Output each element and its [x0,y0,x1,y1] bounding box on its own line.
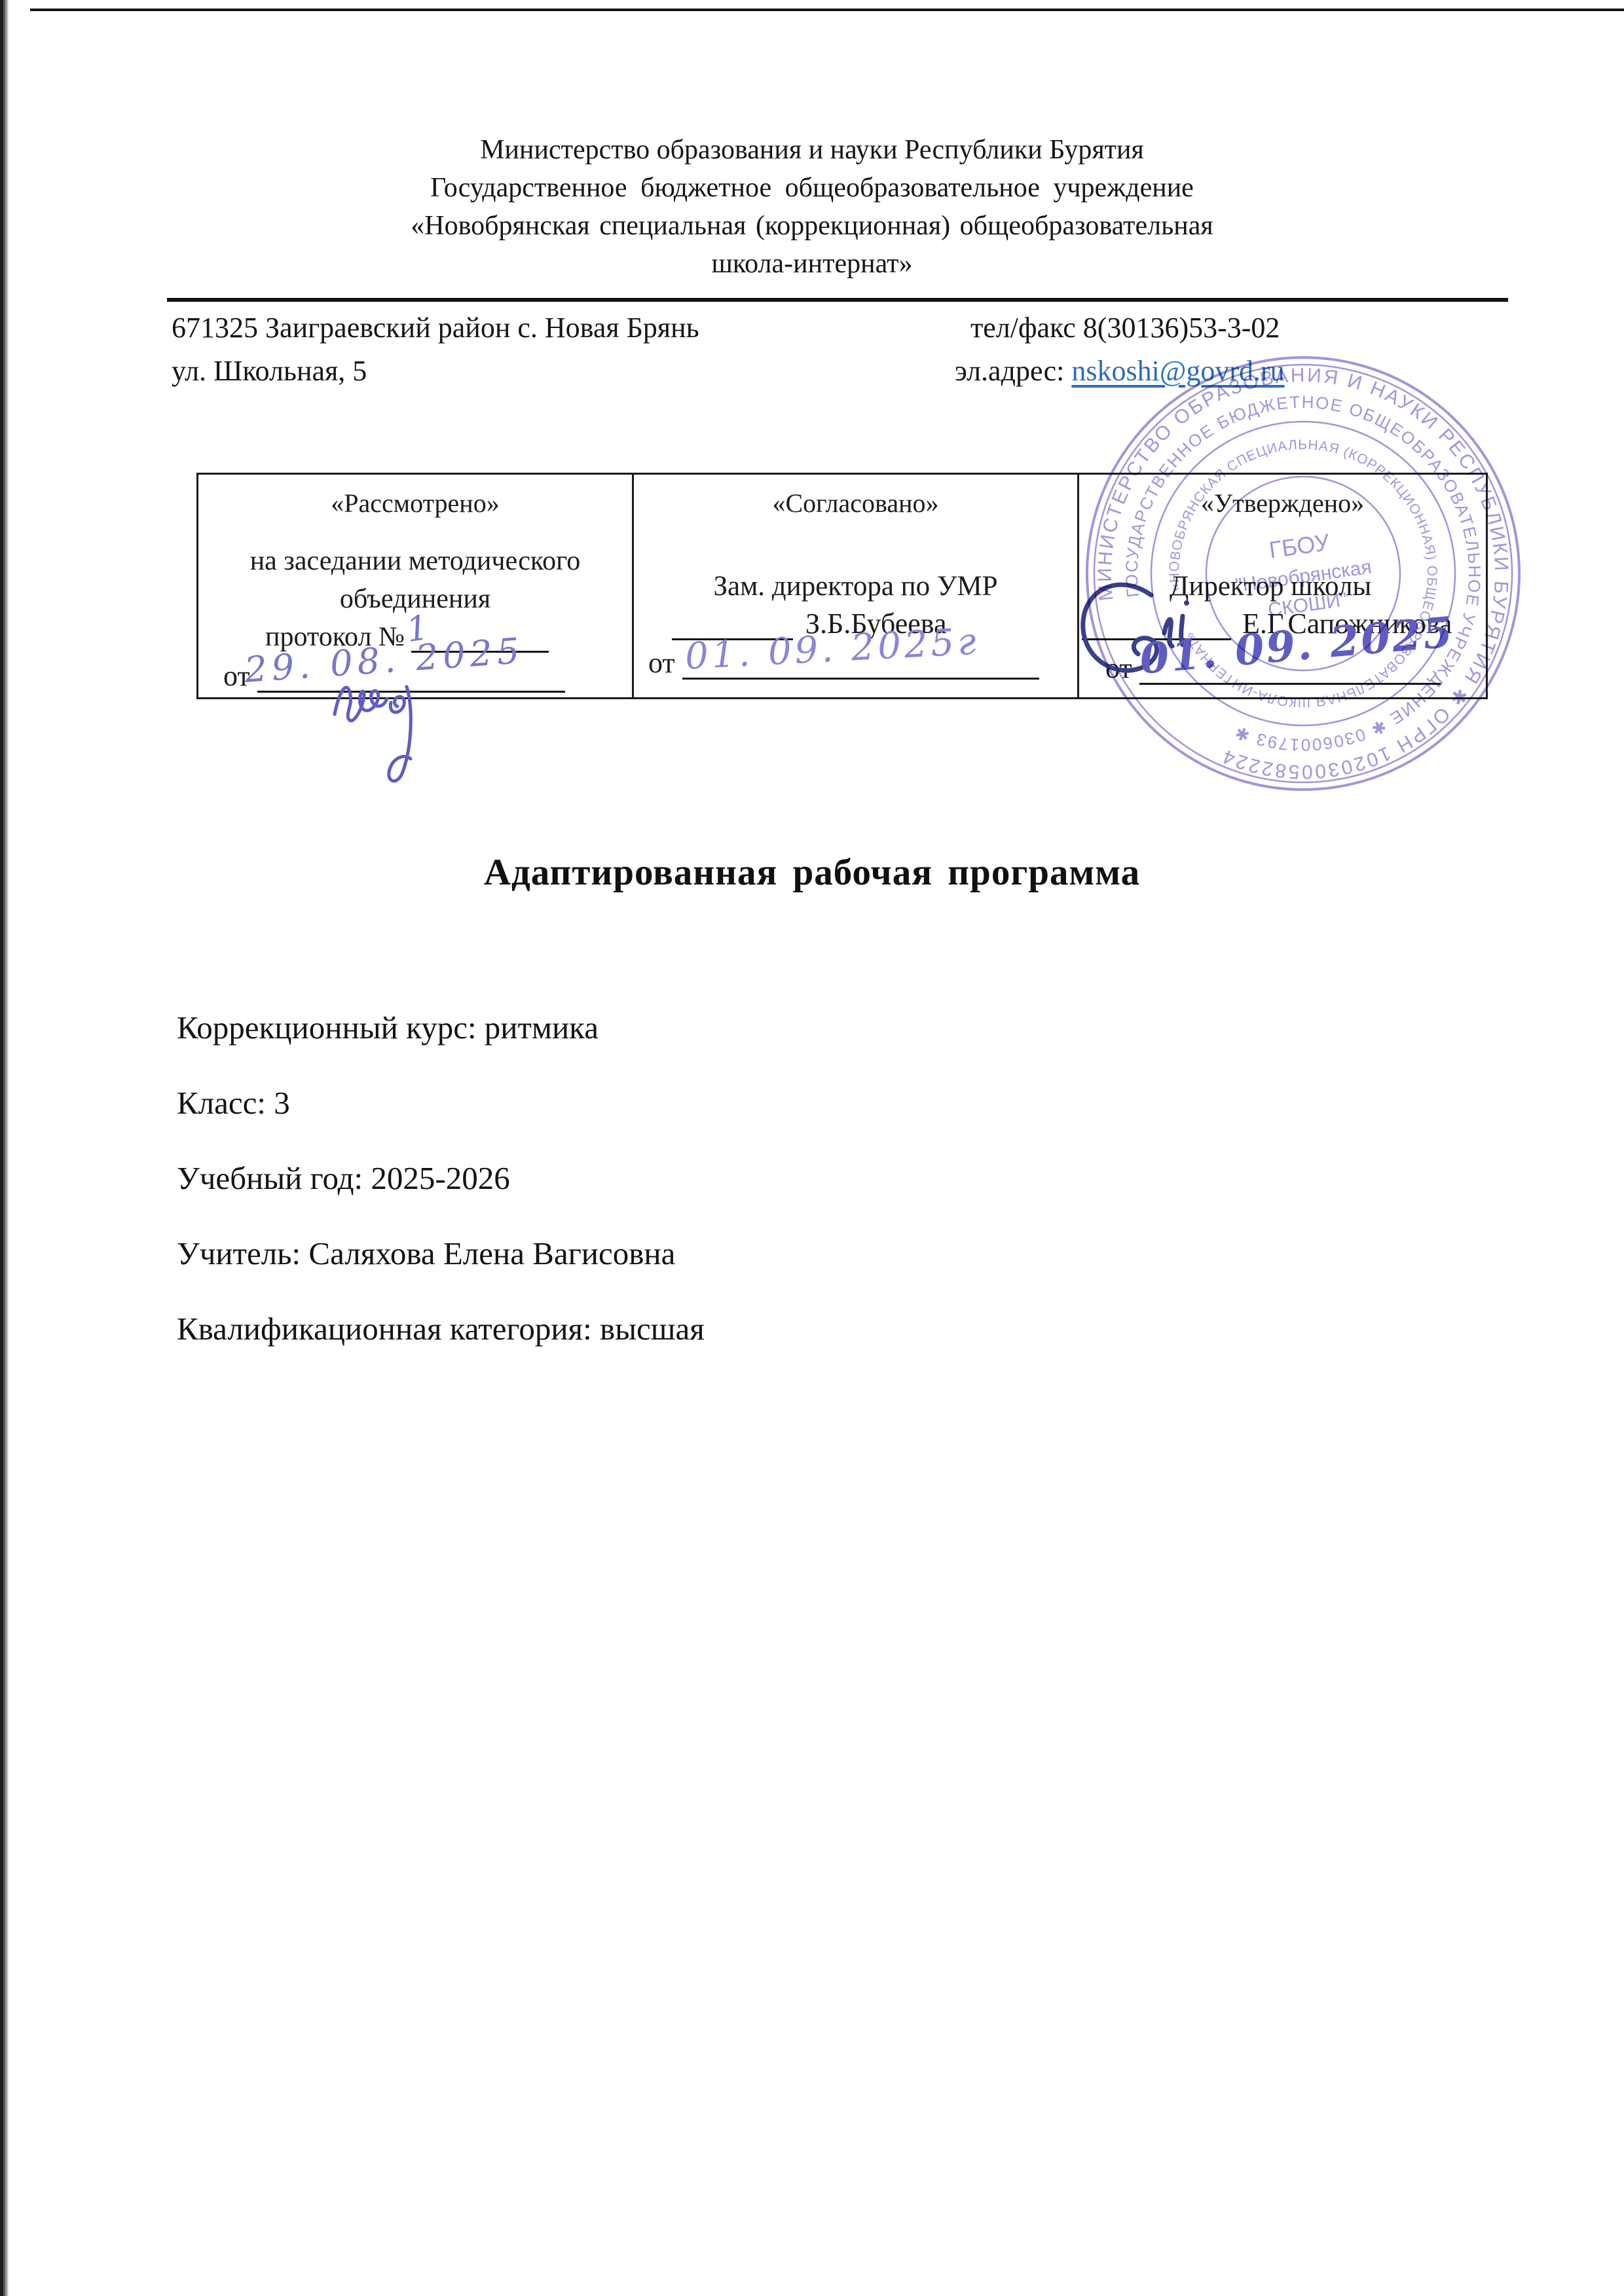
detail-school-year: Учебный год: 2025-2026 [177,1140,705,1216]
approval-cell-agreed: «Согласовано» Зам. директора по УМР З.Б.… [632,475,1077,697]
stamp-center-line2: "Новобрянская [1234,556,1373,597]
detail-class: Класс: 3 [177,1065,705,1140]
reviewed-title: «Рассмотрено» [198,488,632,519]
agreed-title: «Согласовано» [634,488,1077,519]
document-title: Адаптированная рабочая программа [0,851,1624,894]
school-round-stamp: МИНИСТЕРСТВО ОБРАЗОВАНИЯ И НАУКИ РЕСПУБЛ… [1053,323,1553,824]
scan-edge-line [30,9,1624,11]
detail-teacher: Учитель: Саляхова Елена Вагисовна [177,1216,705,1291]
org-header: Министерство образования и науки Республ… [0,131,1624,283]
agreed-role: Зам. директора по УМР [634,570,1077,602]
org-header-line: Государственное бюджетное общеобразовате… [0,169,1624,207]
detail-course: Коррекционный курс: ритмика [177,990,705,1065]
stamp-center-line1: ГБОУ [1267,528,1332,564]
org-header-line: «Новобрянская специальная (коррекционная… [0,207,1624,245]
stamp-center-line3: СКОШИ" [1266,589,1348,621]
program-details: Коррекционный курс: ритмика Класс: 3 Уче… [177,990,705,1366]
scanned-document-page: Министерство образования и науки Республ… [0,0,1624,2296]
scan-edge-band [0,0,10,2296]
date-label: от [648,647,675,679]
phone-fax: тел/факс 8(30136)53-3-02 [970,314,1280,342]
org-header-line: Министерство образования и науки Республ… [0,131,1624,169]
header-divider-rule [167,298,1508,302]
reviewed-body-line: на заседании методического [198,545,632,577]
address-line-1: 671325 Заиграевский район с. Новая Брянь [172,314,699,342]
approval-cell-reviewed: «Рассмотрено» на заседании методического… [198,475,632,697]
detail-qualification: Квалификационная категория: высшая [177,1291,705,1366]
address-line-2: ул. Школьная, 5 [172,357,367,386]
signature-flourish-icon [329,668,434,799]
org-header-line: школа-интернат» [0,245,1624,283]
email-label: эл.адрес: [955,355,1064,387]
